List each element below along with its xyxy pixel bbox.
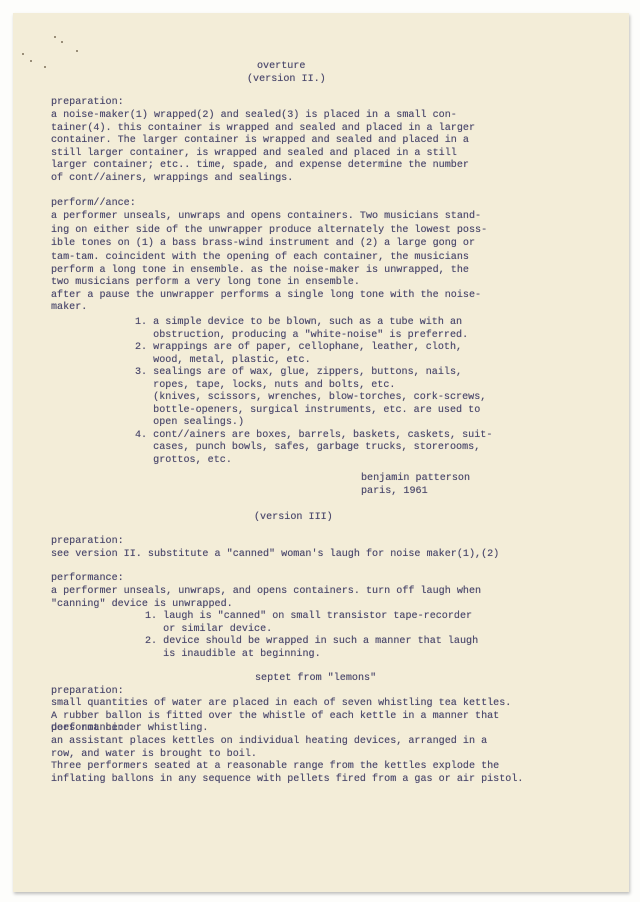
ink-speck bbox=[22, 53, 24, 55]
text-line: Three performers seated at a reasonable … bbox=[51, 761, 499, 773]
version3-preparation-text: see version II. substitute a "canned" wo… bbox=[51, 549, 499, 561]
text-line: tam-tam. coincident with the opening of … bbox=[51, 252, 469, 264]
note-line: or similar device. bbox=[145, 624, 272, 636]
note-line: wood, metal, plastic, etc. bbox=[135, 355, 311, 367]
note-line: 1. laugh is "canned" on small transistor… bbox=[145, 611, 472, 623]
text-line: small quantities of water are placed in … bbox=[51, 698, 511, 710]
note-line: is inaudible at beginning. bbox=[145, 649, 321, 661]
text-line: perform a long tone in ensemble. as the … bbox=[51, 265, 469, 277]
version3-title: (version III) bbox=[254, 512, 333, 524]
ink-speck bbox=[76, 50, 78, 52]
septet-performance-label: performance: bbox=[51, 723, 124, 735]
note-line: 1. a simple device to be blown, such as … bbox=[135, 317, 462, 329]
note-line: (knives, scissors, wrenches, blow-torche… bbox=[135, 392, 486, 404]
text-line: a noise-maker(1) wrapped(2) and sealed(3… bbox=[51, 110, 457, 122]
text-line: a performer unseals, unwraps and opens c… bbox=[51, 211, 481, 223]
ink-speck bbox=[30, 60, 32, 62]
version3-performance-label: performance: bbox=[51, 573, 124, 585]
note-line: grottos, etc. bbox=[135, 455, 232, 467]
text-line: larger container; etc.. time, spade, and… bbox=[51, 160, 469, 172]
text-line: maker. bbox=[51, 302, 87, 314]
septet-preparation-label: preparation: bbox=[51, 686, 124, 698]
text-line: after a pause the unwrapper performs a s… bbox=[51, 290, 481, 302]
text-line: of cont//ainers, wrappings and sealings. bbox=[51, 173, 293, 185]
text-line: ible tones on (1) a bass brass-wind inst… bbox=[51, 238, 475, 250]
note-line: 3. sealings are of wax, glue, zippers, b… bbox=[135, 367, 462, 379]
ink-speck bbox=[61, 41, 63, 43]
note-line: cases, punch bowls, safes, garbage truck… bbox=[135, 442, 480, 454]
text-line: "canning" device is unwrapped. bbox=[51, 599, 233, 611]
note-line: 2. wrappings are of paper, cellophane, l… bbox=[135, 342, 462, 354]
signature: benjamin patterson bbox=[361, 473, 470, 485]
text-line: A rubber ballon is fitted over the whist… bbox=[51, 711, 499, 723]
text-line: a performer unseals, unwraps, and opens … bbox=[51, 586, 481, 598]
septet-title: septet from "lemons" bbox=[255, 673, 376, 685]
note-line: open sealings.) bbox=[135, 417, 244, 429]
overture-preparation-label: preparation: bbox=[51, 97, 124, 109]
version3-preparation-label: preparation: bbox=[51, 536, 124, 548]
text-line: two musicians perform a very long tone i… bbox=[51, 277, 360, 289]
text-line: still larger container, is wrapped and s… bbox=[51, 148, 457, 160]
overture-performance-label: perform//ance: bbox=[51, 198, 136, 210]
ink-speck bbox=[54, 36, 56, 38]
text-line: container. The larger container is wrapp… bbox=[51, 135, 469, 147]
text-line: an assistant places kettles on individua… bbox=[51, 736, 487, 748]
note-line: ropes, tape, locks, nuts and bolts, etc. bbox=[135, 380, 395, 392]
place-date: paris, 1961 bbox=[361, 486, 428, 498]
note-line: bottle-openers, surgical instruments, et… bbox=[135, 405, 480, 417]
ink-speck bbox=[44, 66, 46, 68]
text-line: row, and water is brought to boil. bbox=[51, 749, 257, 761]
text-line: ing on either side of the unwrapper prod… bbox=[51, 225, 487, 237]
note-line: obstruction, producing a "white-noise" i… bbox=[135, 330, 468, 342]
overture-title: overture bbox=[257, 61, 305, 73]
note-line: 2. device should be wrapped in such a ma… bbox=[145, 636, 478, 648]
overture-subtitle: (version II.) bbox=[247, 74, 326, 86]
text-line: inflating ballons in any sequence with p… bbox=[51, 774, 523, 786]
text-line: tainer(4). this container is wrapped and… bbox=[51, 123, 475, 135]
note-line: 4. cont//ainers are boxes, barrels, bask… bbox=[135, 430, 492, 442]
